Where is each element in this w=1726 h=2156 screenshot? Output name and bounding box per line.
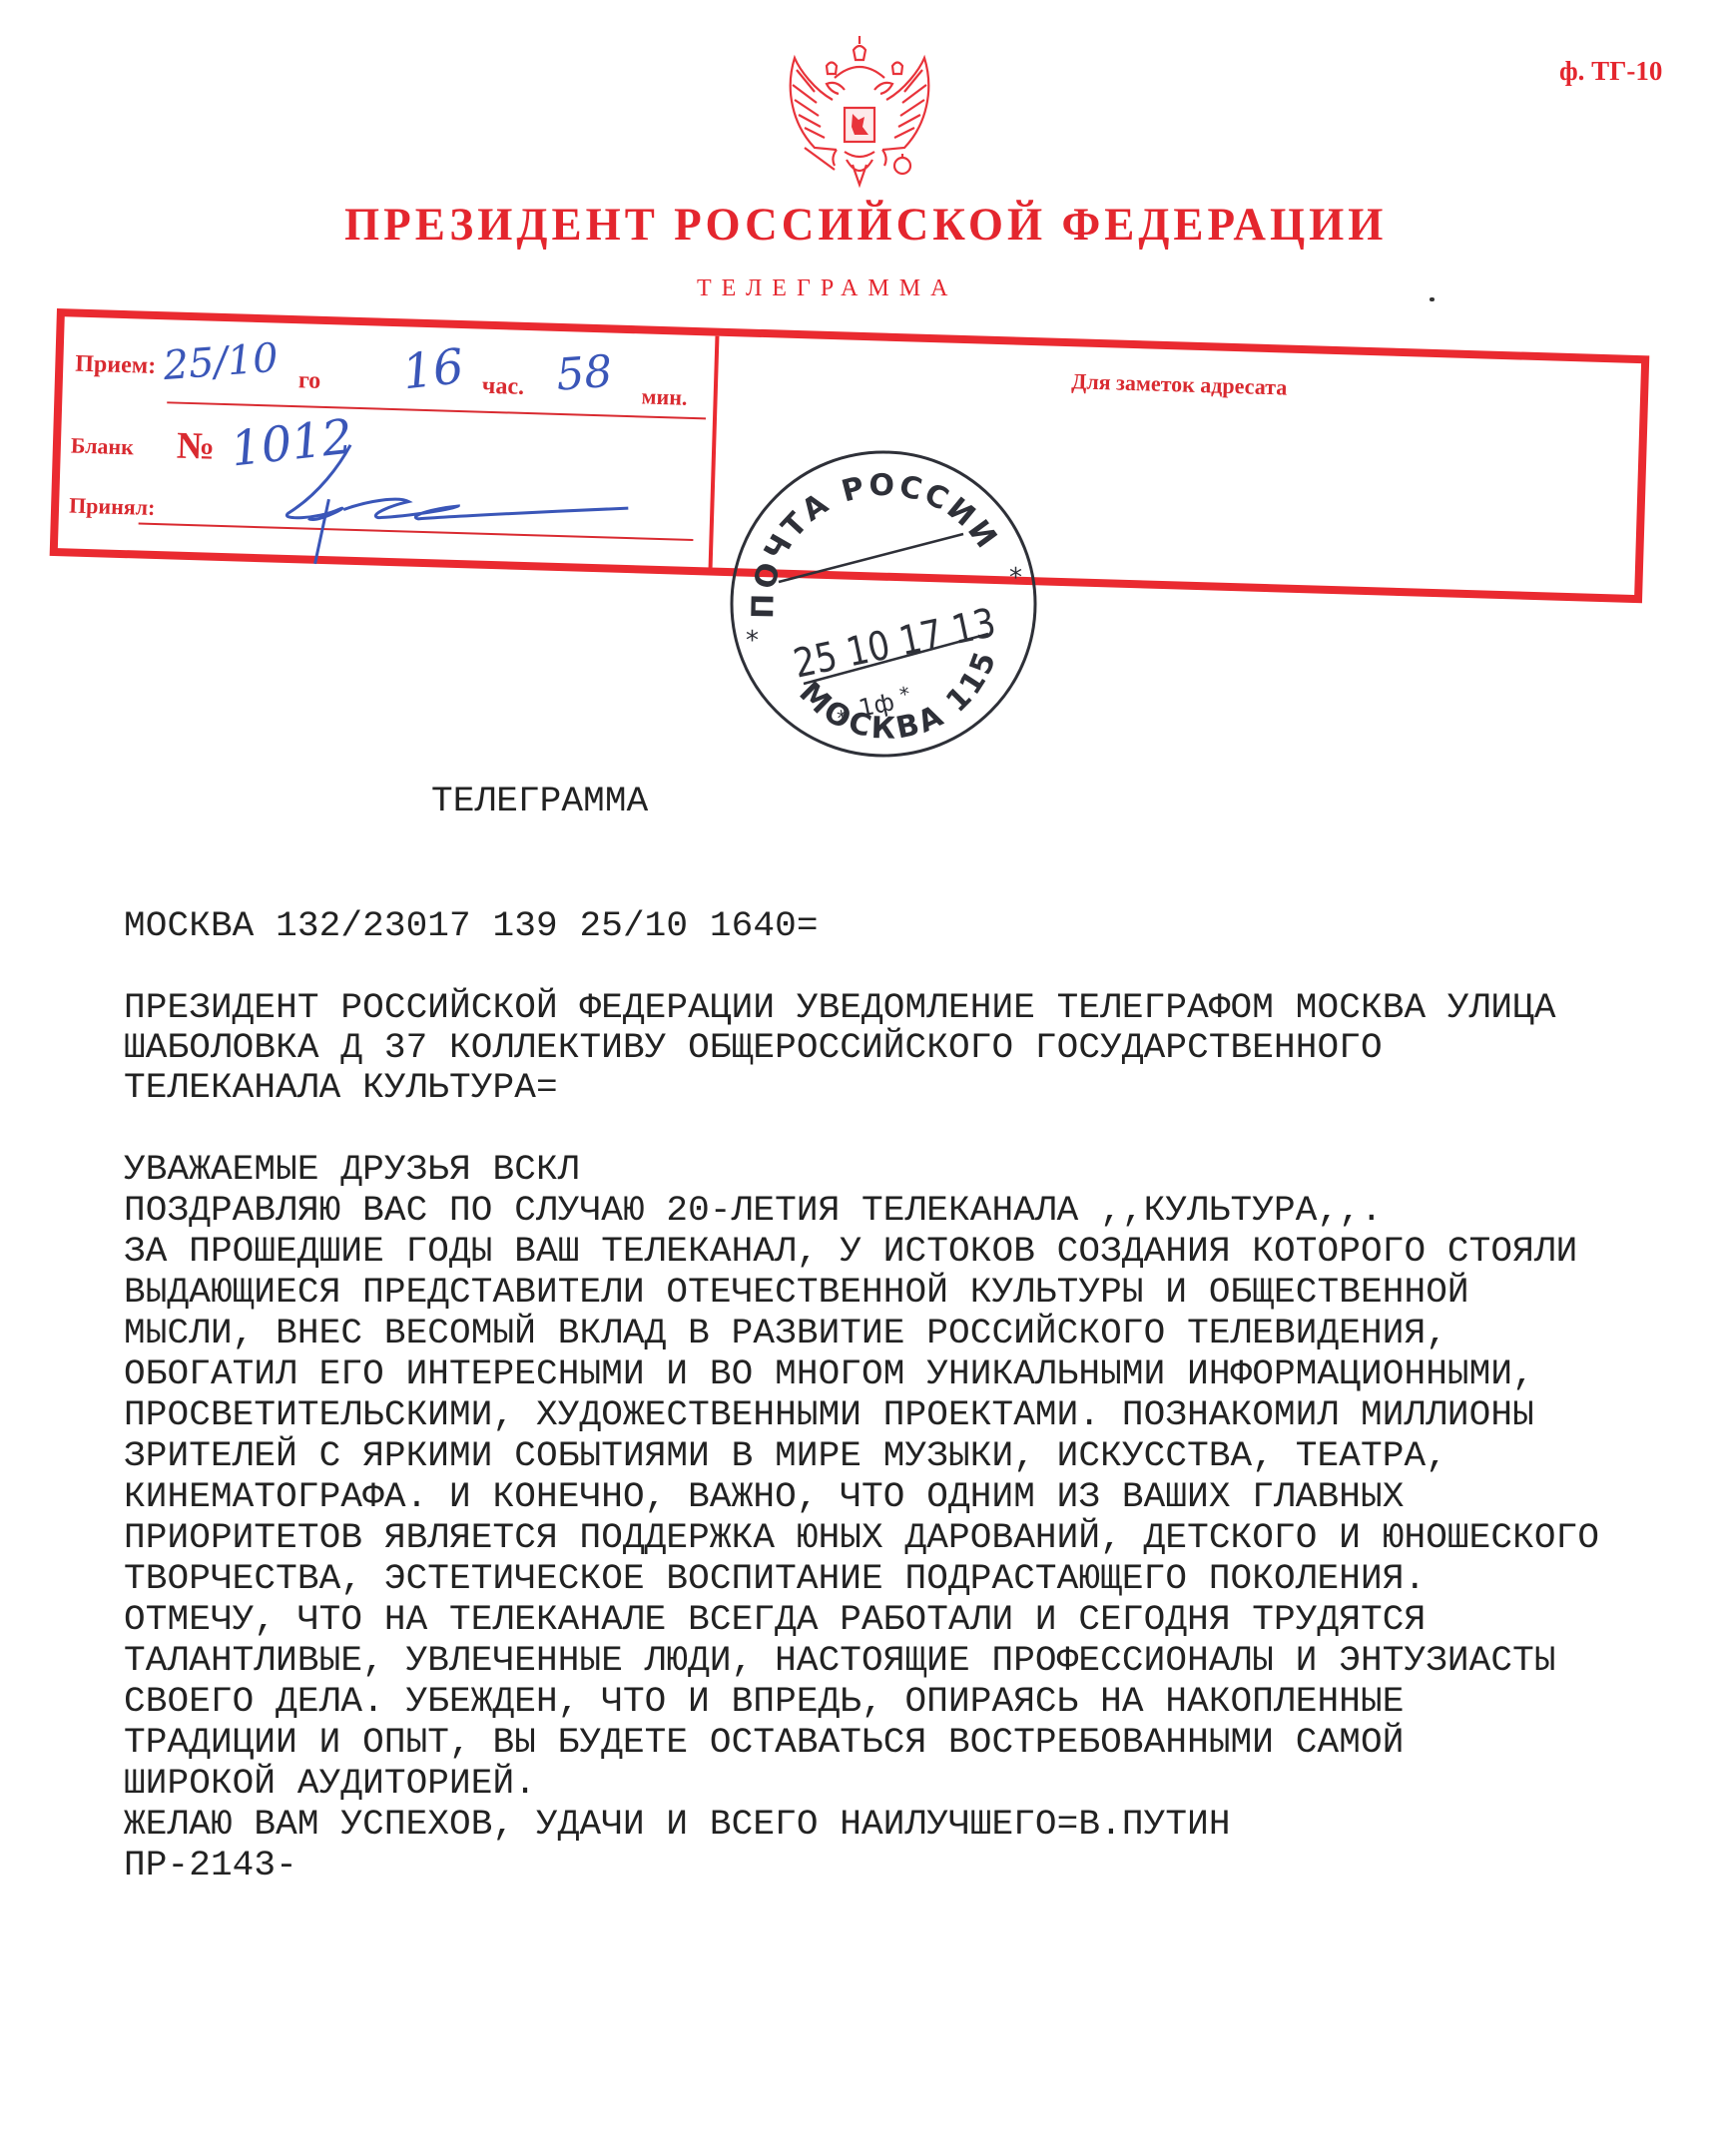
signature-icon <box>257 422 680 584</box>
number-sign: № <box>176 424 215 469</box>
notes-label: Для заметок адресата <box>1071 368 1288 400</box>
postmark-stamp: ПОЧТА РОССИИ МОСКВА 115419 25 10 17 13 *… <box>724 444 1043 764</box>
reference-code: ПР-2143- <box>124 1846 297 1886</box>
telegram-service-line: МОСКВА 132/23017 139 25/10 1640= <box>124 906 819 946</box>
body-line: ТВОРЧЕСТВА, ЭСТЕТИЧЕСКОЕ ВОСПИТАНИЕ ПОДР… <box>124 1559 1426 1599</box>
postmark-top-text: ПОЧТА РОССИИ <box>746 468 1005 619</box>
star-icon: * <box>897 682 912 708</box>
letterhead-title: ПРЕЗИДЕНТ РОССИЙСКОЙ ФЕДЕРАЦИИ <box>344 198 1387 252</box>
svg-text:ПОЧТА РОССИИ: ПОЧТА РОССИИ <box>746 468 1005 619</box>
body-line: ОТМЕЧУ, ЧТО НА ТЕЛЕКАНАЛЕ ВСЕГДА РАБОТАЛ… <box>124 1600 1426 1640</box>
form-code: ф. ТГ-10 <box>1559 56 1662 87</box>
star-icon: * <box>746 626 759 656</box>
signature-line: ЖЕЛАЮ ВАМ УСПЕХОВ, УДАЧИ И ВСЕГО НАИЛУЧШ… <box>124 1805 1231 1845</box>
ink-speck <box>1430 297 1435 301</box>
address-line: ШАБОЛОВКА Д 37 КОЛЛЕКТИВУ ОБЩЕРОССИЙСКОГ… <box>124 1028 1383 1068</box>
hour-label: час. <box>481 373 524 401</box>
coat-of-arms-icon <box>775 30 944 200</box>
letterhead-subtitle: ТЕЛЕГРАММА <box>697 275 957 302</box>
body-line: ОБОГАТИЛ ЕГО ИНТЕРЕСНЫМИ И ВО МНОГОМ УНИ… <box>124 1354 1534 1394</box>
form-divider <box>709 336 720 568</box>
body-line: ШИРОКОЙ АУДИТОРИЕЙ. <box>124 1764 536 1804</box>
receipt-date-handwritten: 25/10 <box>162 335 280 390</box>
body-line: ЗА ПРОШЕДШИЕ ГОДЫ ВАШ ТЕЛЕКАНАЛ, У ИСТОК… <box>124 1232 1577 1272</box>
body-line: ТРАДИЦИИ И ОПЫТ, ВЫ БУДЕТЕ ОСТАВАТЬСЯ ВО… <box>124 1723 1404 1763</box>
body-line: ЗРИТЕЛЕЙ С ЯРКИМИ СОБЫТИЯМИ В МИРЕ МУЗЫК… <box>124 1436 1447 1476</box>
accepted-label: Принял: <box>69 492 156 521</box>
year-suffix-label: го <box>298 367 321 395</box>
body-line: КИНЕМАТОГРАФА. И КОНЕЧНО, ВАЖНО, ЧТО ОДН… <box>124 1477 1404 1517</box>
blank-label: Бланк <box>71 432 135 460</box>
receipt-hour-handwritten: 16 <box>399 338 466 400</box>
address-line: ПРЕЗИДЕНТ РОССИЙСКОЙ ФЕДЕРАЦИИ УВЕДОМЛЕН… <box>124 988 1556 1028</box>
body-line: УВАЖАЕМЫЕ ДРУЗЬЯ ВСКЛ <box>124 1150 579 1190</box>
body-line: ВЫДАЮЩИЕСЯ ПРЕДСТАВИТЕЛИ ОТЕЧЕСТВЕННОЙ К… <box>124 1273 1469 1313</box>
body-line: ПОЗДРАВЛЯЮ ВАС ПО СЛУЧАЮ 20-ЛЕТИЯ ТЕЛЕКА… <box>124 1191 1383 1231</box>
receipt-underline <box>167 401 706 419</box>
receipt-label: Прием: <box>75 351 157 380</box>
body-line: СВОЕГО ДЕЛА. УБЕЖДЕН, ЧТО И ВПРЕДЬ, ОПИР… <box>124 1682 1404 1722</box>
body-line: ТАЛАНТЛИВЫЕ, УВЛЕЧЕННЫЕ ЛЮДИ, НАСТОЯЩИЕ … <box>124 1641 1556 1681</box>
minute-label: мин. <box>641 383 688 410</box>
body-line: ПРОСВЕТИТЕЛЬСКИМИ, ХУДОЖЕСТВЕННЫМИ ПРОЕК… <box>124 1395 1534 1435</box>
address-line: ТЕЛЕКАНАЛА КУЛЬТУРА= <box>124 1068 558 1108</box>
telegram-heading: ТЕЛЕГРАММА <box>431 782 648 821</box>
star-icon: * <box>1009 563 1022 593</box>
receipt-minute-handwritten: 58 <box>554 346 614 401</box>
body-line: МЫСЛИ, ВНЕС ВЕСОМЫЙ ВКЛАД В РАЗВИТИЕ РОС… <box>124 1314 1447 1353</box>
body-line: ПРИОРИТЕТОВ ЯВЛЯЕТСЯ ПОДДЕРЖКА ЮНЫХ ДАРО… <box>124 1518 1599 1558</box>
